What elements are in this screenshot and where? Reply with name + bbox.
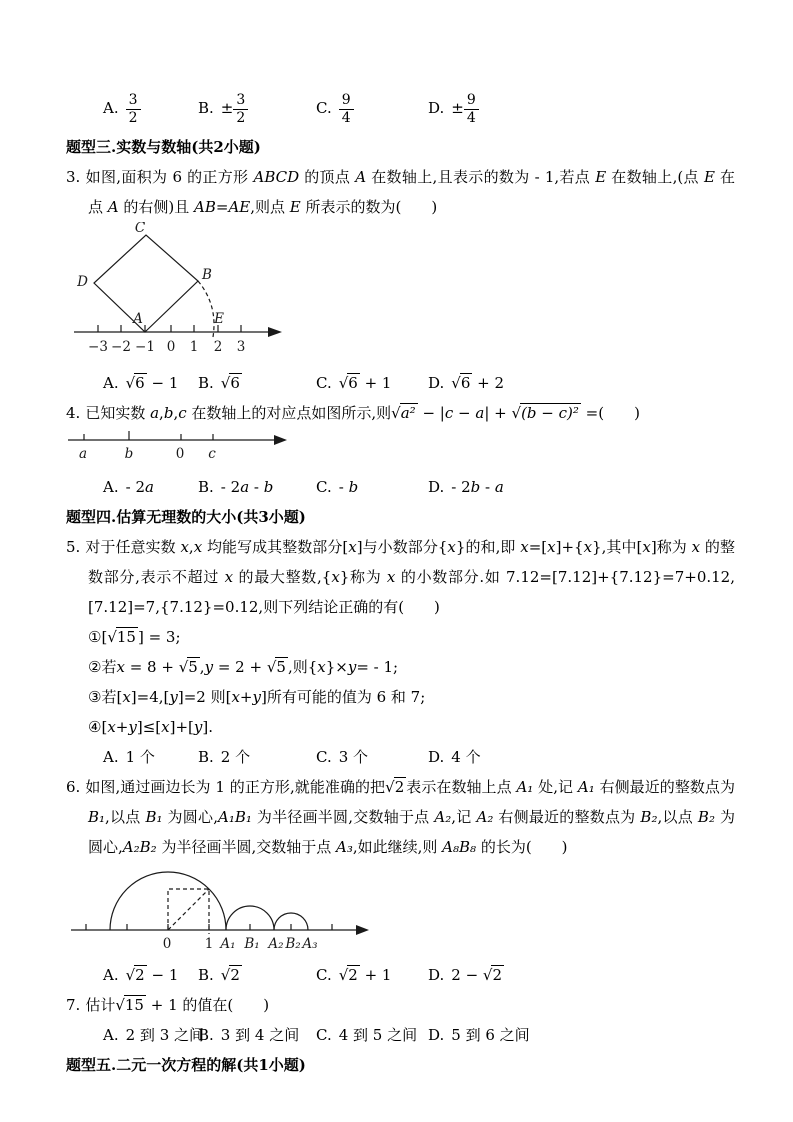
point-label-b: b	[125, 446, 134, 462]
question-7-options: A.2 到 3 之间 B.3 到 4 之间 C.4 到 5 之间 D.5 到 6…	[66, 1020, 735, 1050]
option-value: - b	[339, 478, 358, 496]
option: B.√6	[198, 368, 316, 398]
option: D.±94	[428, 92, 735, 127]
option-key: C.	[316, 478, 332, 496]
vertex-label-d: D	[76, 274, 88, 290]
option: D.- 2b - a	[428, 472, 735, 502]
prev-question-options: A.32 B.±32 C.94 D.±94	[66, 86, 735, 132]
question-text: 估计√15 + 1 的值在( )	[85, 995, 269, 1014]
option: B.2 个	[198, 742, 316, 772]
option: A.2 到 3 之间	[103, 1020, 198, 1050]
option-key: D.	[428, 99, 444, 117]
vertex-label-c: C	[135, 222, 146, 236]
option-key: A.	[103, 374, 119, 392]
question-text: 如图,通过画边长为 1 的正方形,就能准确的把√2表示在数轴上点 A₁ 处,记 …	[85, 777, 735, 856]
option: B.- 2a - b	[198, 472, 316, 502]
option: A.32	[103, 92, 198, 127]
option: C.3 个	[316, 742, 428, 772]
option-key: D.	[428, 748, 444, 766]
question-text: 如图,面积为 6 的正方形 ABCD 的顶点 A 在数轴上,且表示的数为 - 1…	[85, 168, 735, 216]
figure-q6-semicircles: 0 1 A₁ B₁ A₂ B₂ A₃	[66, 862, 735, 960]
option: B.√2	[198, 960, 316, 990]
statement-3: ③若[x]=4,[y]=2 则[x+y]所有可能的值为 6 和 7;	[88, 682, 735, 712]
figure-q4-svg: a b 0 c	[66, 428, 291, 468]
point-label-a1: A₁	[218, 936, 235, 952]
option-value: √6 + 2	[451, 373, 504, 392]
statement-4: ④[x+y]≤[x]+[y].	[88, 712, 735, 742]
option-value: √6 − 1	[126, 373, 179, 392]
question-6-options: A.√2 − 1 B.√2 C.√2 + 1 D.2 − √2	[66, 960, 735, 990]
option-value: √6	[221, 373, 242, 392]
option-key: C.	[316, 99, 332, 117]
option: A.√2 − 1	[103, 960, 198, 990]
option: C.- b	[316, 472, 428, 502]
option-key: C.	[316, 1026, 332, 1044]
question-5: 5.对于任意实数 x,x 均能写成其整数部分[x]与小数部分{x}的和,即 x=…	[66, 532, 735, 622]
option-key: A.	[103, 478, 119, 496]
square-abcd	[94, 235, 198, 332]
option: B.3 到 4 之间	[198, 1020, 316, 1050]
option-value: 3 个	[339, 748, 368, 766]
tick-label: 3	[237, 339, 246, 355]
point-label-a2: A₂	[266, 936, 283, 952]
point-label-e: E	[213, 311, 224, 327]
option-key: B.	[198, 478, 214, 496]
option-key: D.	[428, 966, 444, 984]
vertex-label-b: B	[201, 267, 212, 283]
option-value: 2 个	[221, 748, 250, 766]
point-label-a: a	[79, 446, 87, 462]
question-5-options: A.1 个 B.2 个 C.3 个 D.4 个	[66, 742, 735, 772]
figure-q3-svg: A B C D E −3 −2 −1 0 1 2 3	[66, 222, 286, 364]
point-label-c: c	[208, 446, 216, 462]
point-label-a3: A₃	[300, 936, 317, 952]
option-value: - 2b - a	[451, 478, 504, 496]
option-value: √2 − 1	[126, 965, 179, 984]
tick-label: 0	[167, 339, 176, 355]
option: D.√6 + 2	[428, 368, 735, 398]
question-3: 3.如图,面积为 6 的正方形 ABCD 的顶点 A 在数轴上,且表示的数为 -…	[66, 162, 735, 222]
option-value: √2	[221, 965, 242, 984]
tick-label: 1	[190, 339, 199, 355]
option-key: A.	[103, 966, 119, 984]
dashed-arc	[198, 281, 214, 337]
option-key: A.	[103, 748, 119, 766]
option-key: A.	[103, 1026, 119, 1044]
option-key: C.	[316, 966, 332, 984]
point-label-b1: B₁	[243, 936, 259, 952]
option-value: 2 到 3 之间	[126, 1026, 204, 1044]
option-key: C.	[316, 748, 332, 766]
option-value: √6 + 1	[339, 373, 392, 392]
option-value: 3 到 4 之间	[221, 1026, 299, 1044]
option-key: B.	[198, 748, 214, 766]
question-text: 已知实数 a,b,c 在数轴上的对应点如图所示,则√a² − |c − a| +…	[85, 403, 640, 422]
option: B.±32	[198, 92, 316, 127]
option-key: D.	[428, 1026, 444, 1044]
option-key: B.	[198, 1026, 214, 1044]
option-key: D.	[428, 478, 444, 496]
question-4: 4.已知实数 a,b,c 在数轴上的对应点如图所示,则√a² − |c − a|…	[66, 398, 735, 428]
section-heading-type5: 题型五.二元一次方程的解(共1小题)	[66, 1050, 735, 1080]
option-key: A.	[103, 99, 119, 117]
option-value: 1 个	[126, 748, 155, 766]
option: C.√2 + 1	[316, 960, 428, 990]
option-value: 32	[126, 99, 141, 117]
option-value: 4 到 5 之间	[339, 1026, 417, 1044]
option: C.4 到 5 之间	[316, 1020, 428, 1050]
question-number: 5.	[66, 538, 80, 556]
figure-q3-square-on-numberline: A B C D E −3 −2 −1 0 1 2 3	[66, 222, 735, 368]
origin-label: 0	[176, 446, 185, 462]
option-key: B.	[198, 99, 214, 117]
unit-label: 1	[205, 936, 214, 952]
worksheet-page: A.32 B.±32 C.94 D.±94 题型三.实数与数轴(共2小题) 3.…	[0, 0, 793, 1122]
statement-2: ②若x = 8 + √5,y = 2 + √5,则{x}×y= - 1;	[88, 652, 735, 682]
question-text: 对于任意实数 x,x 均能写成其整数部分[x]与小数部分{x}的和,即 x=[x…	[85, 538, 735, 616]
option-value: ±32	[221, 99, 249, 117]
question-4-options: A.- 2a B.- 2a - b C.- b D.- 2b - a	[66, 472, 735, 502]
question-number: 6.	[66, 778, 80, 796]
question-6: 6.如图,通过画边长为 1 的正方形,就能准确的把√2表示在数轴上点 A₁ 处,…	[66, 772, 735, 862]
option-value: 94	[339, 99, 354, 117]
option-value: ±94	[451, 99, 479, 117]
arrow-head-icon	[356, 925, 369, 935]
tick-label: −2	[111, 339, 131, 355]
figure-q4-numberline: a b 0 c	[66, 428, 735, 472]
question-number: 7.	[66, 996, 80, 1014]
section-heading-type3: 题型三.实数与数轴(共2小题)	[66, 132, 735, 162]
option: C.√6 + 1	[316, 368, 428, 398]
option: C.94	[316, 92, 428, 127]
arrow-head-icon	[274, 435, 287, 445]
figure-q6-svg: 0 1 A₁ B₁ A₂ B₂ A₃	[66, 862, 374, 956]
vertex-label-a: A	[131, 311, 143, 327]
option-key: B.	[198, 374, 214, 392]
option: D.4 个	[428, 742, 735, 772]
option: D.5 到 6 之间	[428, 1020, 735, 1050]
option-value: √2 + 1	[339, 965, 392, 984]
question-3-options: A.√6 − 1 B.√6 C.√6 + 1 D.√6 + 2	[66, 368, 735, 398]
question-7: 7.估计√15 + 1 的值在( )	[66, 990, 735, 1020]
tick-label: 2	[214, 339, 223, 355]
option: D.2 − √2	[428, 960, 735, 990]
tick-label: −1	[135, 339, 155, 355]
tick-label: −3	[88, 339, 108, 355]
option-value: 5 到 6 之间	[451, 1026, 529, 1044]
origin-label: 0	[163, 936, 172, 952]
dashed-unit-square	[168, 889, 209, 934]
section-heading-type4: 题型四.估算无理数的大小(共3小题)	[66, 502, 735, 532]
option: A.1 个	[103, 742, 198, 772]
question-number: 3.	[66, 168, 80, 186]
option-key: B.	[198, 966, 214, 984]
option: A.- 2a	[103, 472, 198, 502]
option-value: - 2a	[126, 478, 154, 496]
point-label-b2: B₂	[284, 936, 300, 952]
option: A.√6 − 1	[103, 368, 198, 398]
option-value: 4 个	[451, 748, 480, 766]
question-number: 4.	[66, 404, 80, 422]
option-value: 2 − √2	[451, 965, 504, 984]
option-value: - 2a - b	[221, 478, 274, 496]
option-key: C.	[316, 374, 332, 392]
option-key: D.	[428, 374, 444, 392]
statement-1: ①[√15] = 3;	[88, 622, 735, 652]
arrow-head-icon	[268, 327, 282, 337]
